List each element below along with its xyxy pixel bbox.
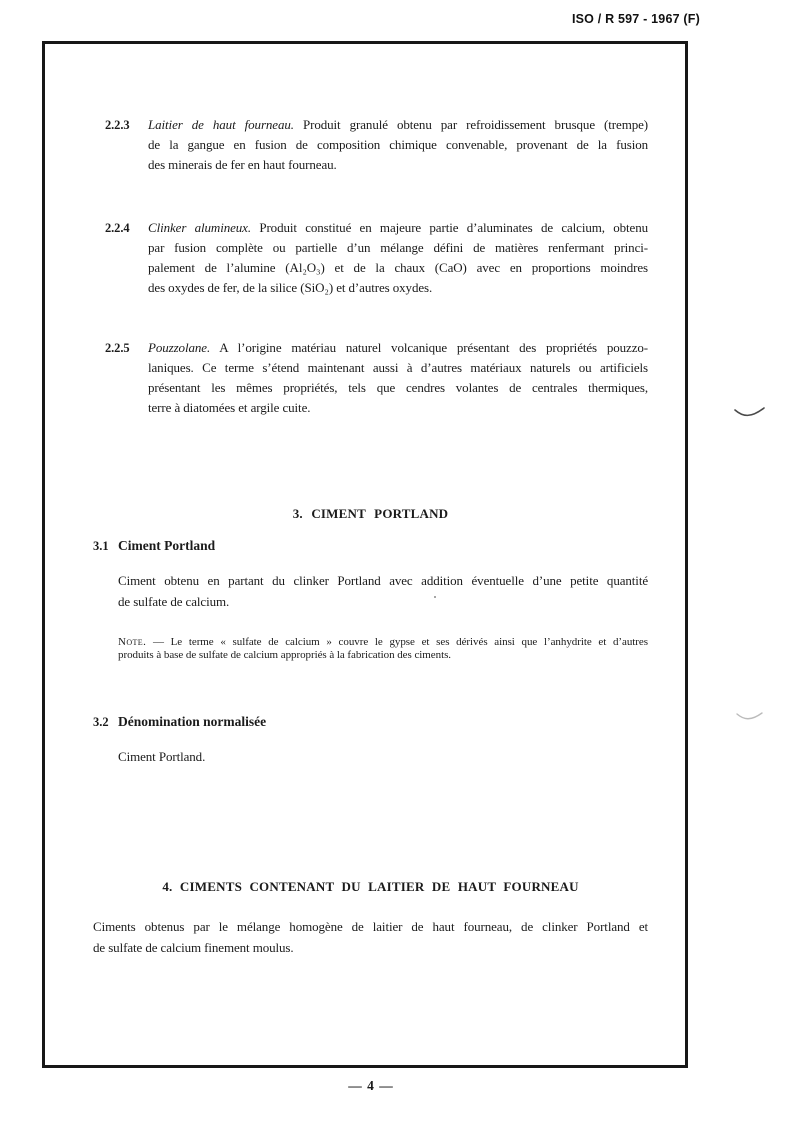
subsection-3-2-heading: 3.2Dénomination normalisée — [93, 714, 266, 730]
definition-text: Produit granulé obtenu par refroidisseme… — [303, 117, 648, 132]
clause-2-2-4: 2.2.4 Clinker alumineux. Produit constit… — [105, 218, 648, 298]
defined-term: Laitier de haut fourneau. — [148, 117, 294, 132]
clause-number: 2.2.4 — [105, 218, 130, 238]
clause-2-2-3: 2.2.3 Laitier de haut fourneau. Produit … — [105, 115, 648, 175]
subsection-3-1-heading: 3.1Ciment Portland — [93, 538, 215, 554]
definition-lines: de la gangue en fusion de composition ch… — [148, 135, 648, 175]
note-label: Note. — [118, 636, 146, 648]
subsection-title: Ciment Portland — [118, 538, 215, 553]
clause-number: 2.2.3 — [105, 115, 130, 135]
text-line: laniques. Ce terme s’étend maintenant au… — [148, 358, 648, 378]
note-lines: produits à base de sulfate de calcium ap… — [118, 649, 648, 662]
defined-term: Clinker alumineux. — [148, 220, 251, 235]
text-line: Clinker alumineux. Produit constitué en … — [148, 218, 648, 238]
definition-lines: par fusion complète ou partielle d’un mé… — [148, 238, 648, 298]
document-page: ISO / R 597 - 1967 (F) 2.2.3 Laitier de … — [0, 0, 793, 1122]
definition-text: A l’origine matériau naturel volcanique … — [219, 340, 648, 355]
page-border-frame — [42, 41, 688, 1068]
scan-artifact-curve — [735, 708, 765, 724]
note-text: — Le terme « sulfate de calcium » couvre… — [153, 636, 648, 648]
text-line: Pouzzolane. A l’origine matériau naturel… — [148, 338, 648, 358]
text-line: des oxydes de fer, de la silice (SiO₂) e… — [148, 278, 648, 298]
section-4-body: Ciments obtenus par le mélange homogène … — [93, 916, 648, 958]
page-number: — 4 — — [93, 1078, 648, 1094]
subsection-3-2-body: Ciment Portland. — [118, 746, 205, 767]
clause-body: Clinker alumineux. Produit constitué en … — [148, 218, 648, 298]
document-reference: ISO / R 597 - 1967 (F) — [572, 12, 700, 26]
clause-body: Pouzzolane. A l’origine matériau naturel… — [148, 338, 648, 418]
text-line: Ciments obtenus par le mélange homogène … — [93, 916, 648, 937]
subsection-number: 3.2 — [93, 715, 118, 730]
text-line: de sulfate de calcium finement moulus. — [93, 937, 648, 958]
text-line: Laitier de haut fourneau. Produit granul… — [148, 115, 648, 135]
text-line: palement de l’alumine (Al₂O₃) et de la c… — [148, 258, 648, 278]
text-line: terre à diatomées et argile cuite. — [148, 398, 648, 418]
scan-artifact-curve — [733, 403, 767, 421]
text-line: de sulfate de calcium. — [118, 591, 648, 612]
clause-body: Laitier de haut fourneau. Produit granul… — [148, 115, 648, 175]
note-block: Note. — Le terme « sulfate de calcium » … — [118, 636, 648, 662]
subsection-number: 3.1 — [93, 539, 118, 554]
text-line: des minerais de fer en haut fourneau. — [148, 155, 648, 175]
section-4-heading: 4. CIMENTS CONTENANT DU LAITIER DE HAUT … — [93, 879, 648, 895]
definition-lines: laniques. Ce terme s’étend maintenant au… — [148, 358, 648, 418]
text-line: de la gangue en fusion de composition ch… — [148, 135, 648, 155]
definition-text: Produit constitué en majeure partie d’al… — [259, 220, 648, 235]
text-line: par fusion complète ou partielle d’un mé… — [148, 238, 648, 258]
clause-2-2-5: 2.2.5 Pouzzolane. A l’origine matériau n… — [105, 338, 648, 418]
clause-number: 2.2.5 — [105, 338, 130, 358]
text-line: Note. — Le terme « sulfate de calcium » … — [118, 636, 648, 649]
text-line: produits à base de sulfate de calcium ap… — [118, 649, 648, 662]
subsection-3-1-body: Ciment obtenu en partant du clinker Port… — [118, 570, 648, 612]
defined-term: Pouzzolane. — [148, 340, 210, 355]
text-line: Ciment obtenu en partant du clinker Port… — [118, 570, 648, 591]
section-3-heading: 3. CIMENT PORTLAND — [93, 506, 648, 522]
subsection-title: Dénomination normalisée — [118, 714, 266, 729]
text-line: présentant les mêmes propriétés, tels qu… — [148, 378, 648, 398]
